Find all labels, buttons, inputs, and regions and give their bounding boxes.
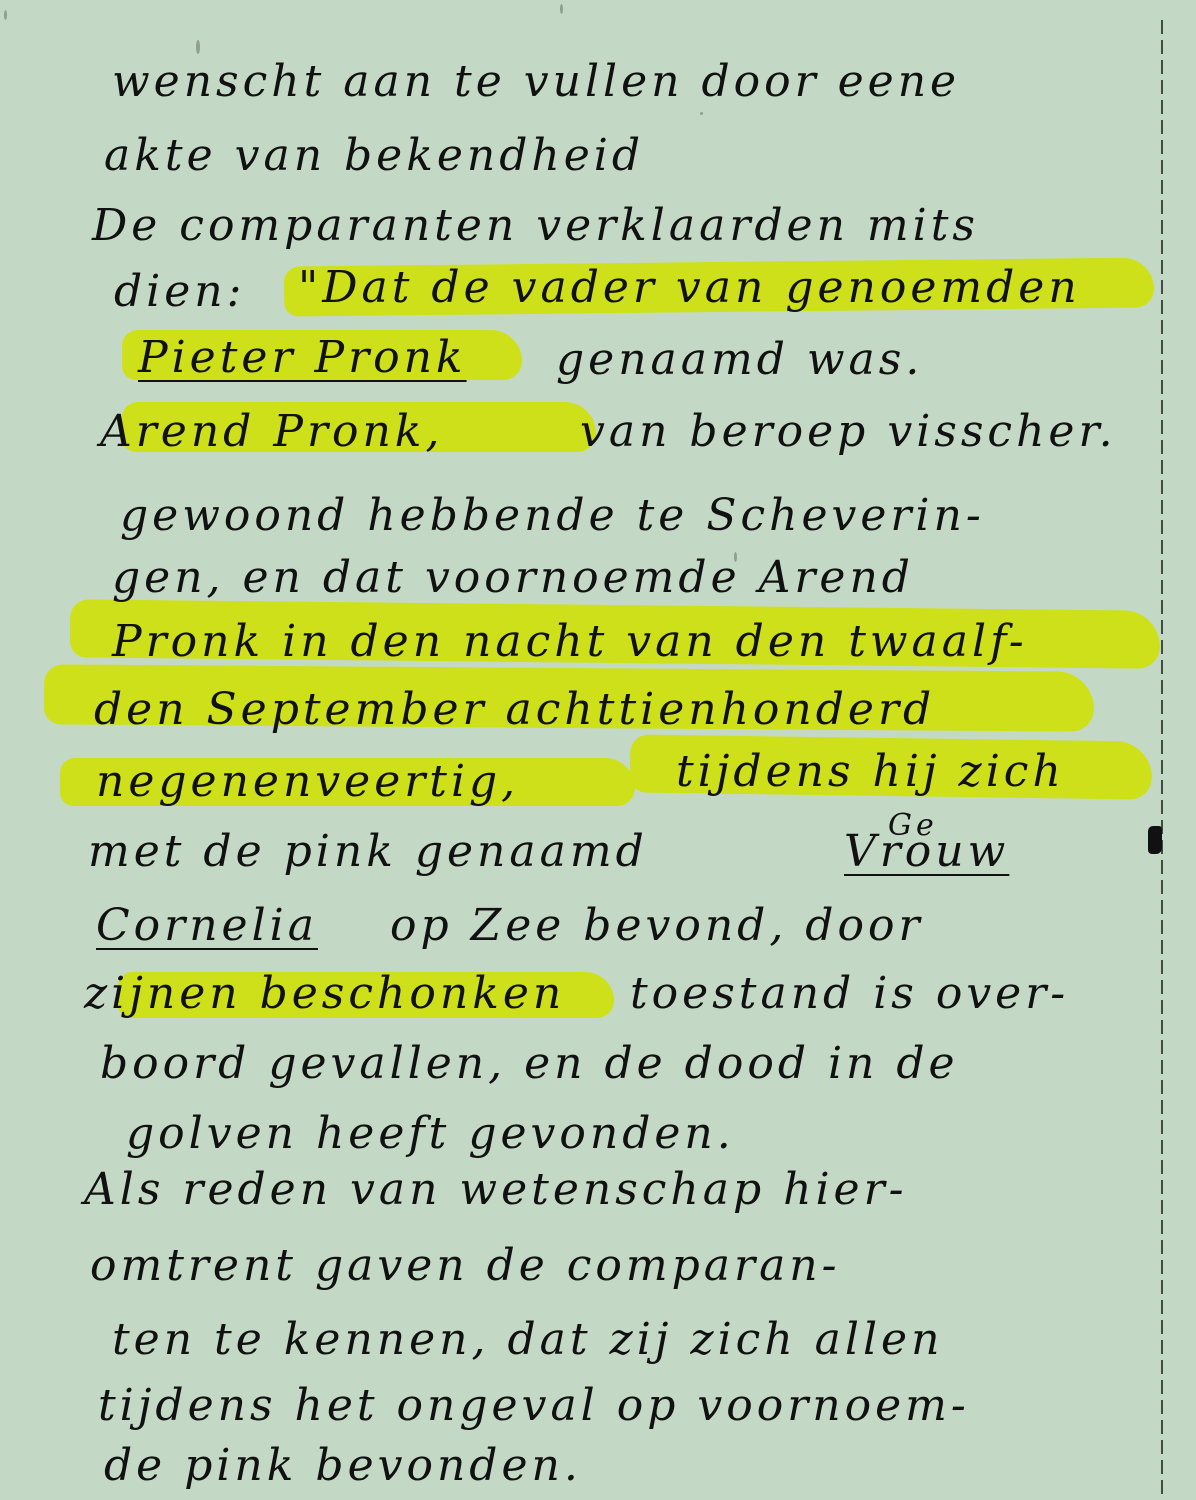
line-3: De comparanten verklaarden mits bbox=[92, 196, 979, 256]
line-14-highlighted: zijnen beschonken bbox=[84, 964, 565, 1024]
line-5-rest: genaamd was. bbox=[556, 330, 923, 390]
line-8: gen, en dat voornoemde Arend bbox=[112, 548, 914, 608]
line-21: de pink bevonden. bbox=[104, 1436, 582, 1496]
line-16: golven heeft gevonden. bbox=[126, 1104, 735, 1164]
scan-speck bbox=[700, 112, 703, 115]
line-19: ten te kennen, dat zij zich allen bbox=[112, 1310, 943, 1370]
line-15: boord gevallen, en de dood in de bbox=[100, 1034, 959, 1094]
line-18: omtrent gaven de comparan- bbox=[90, 1236, 841, 1296]
line-20: tijdens het ongeval op voornoem- bbox=[98, 1376, 970, 1436]
line-5-name-pieter-pronk: Pieter Pronk bbox=[138, 328, 467, 388]
line-13-rest: op Zee bevond, door bbox=[390, 896, 924, 956]
ink-blot bbox=[1148, 826, 1162, 854]
line-12-ge: Ge bbox=[888, 796, 938, 856]
line-4-highlighted: "Dat de vader van genoemden bbox=[298, 258, 1081, 318]
line-11-highlighted-a: negenenveertig, bbox=[96, 752, 519, 812]
margin-rule bbox=[1161, 20, 1163, 1500]
line-7: gewoond hebbende te Scheverin- bbox=[120, 486, 985, 546]
line-12-start: met de pink genaamd bbox=[88, 822, 648, 882]
line-9: Pronk in den nacht van den twaalf- bbox=[112, 612, 1028, 672]
scan-speck bbox=[734, 552, 737, 562]
scan-speck bbox=[560, 4, 563, 14]
line-6-name-arend-pronk: Arend Pronk, bbox=[100, 402, 443, 462]
line-6-rest: van beroep visscher. bbox=[580, 402, 1117, 462]
scan-speck bbox=[4, 10, 7, 20]
line-1: wenscht aan te vullen door eene bbox=[112, 52, 960, 112]
line-2: akte van bekendheid bbox=[104, 126, 644, 186]
line-10: den September achttienhonderd bbox=[94, 680, 935, 740]
document-page: wenscht aan te vullen door eene akte van… bbox=[0, 0, 1196, 1500]
scan-speck bbox=[196, 40, 200, 54]
line-13-cornelia: Cornelia bbox=[96, 896, 318, 956]
line-4-start: dien: bbox=[114, 262, 245, 322]
line-11-highlighted-b: tijdens hij zich bbox=[676, 742, 1065, 802]
line-17: Als reden van wetenschap hier- bbox=[84, 1160, 907, 1220]
line-14-rest: toestand is over- bbox=[630, 964, 1069, 1024]
